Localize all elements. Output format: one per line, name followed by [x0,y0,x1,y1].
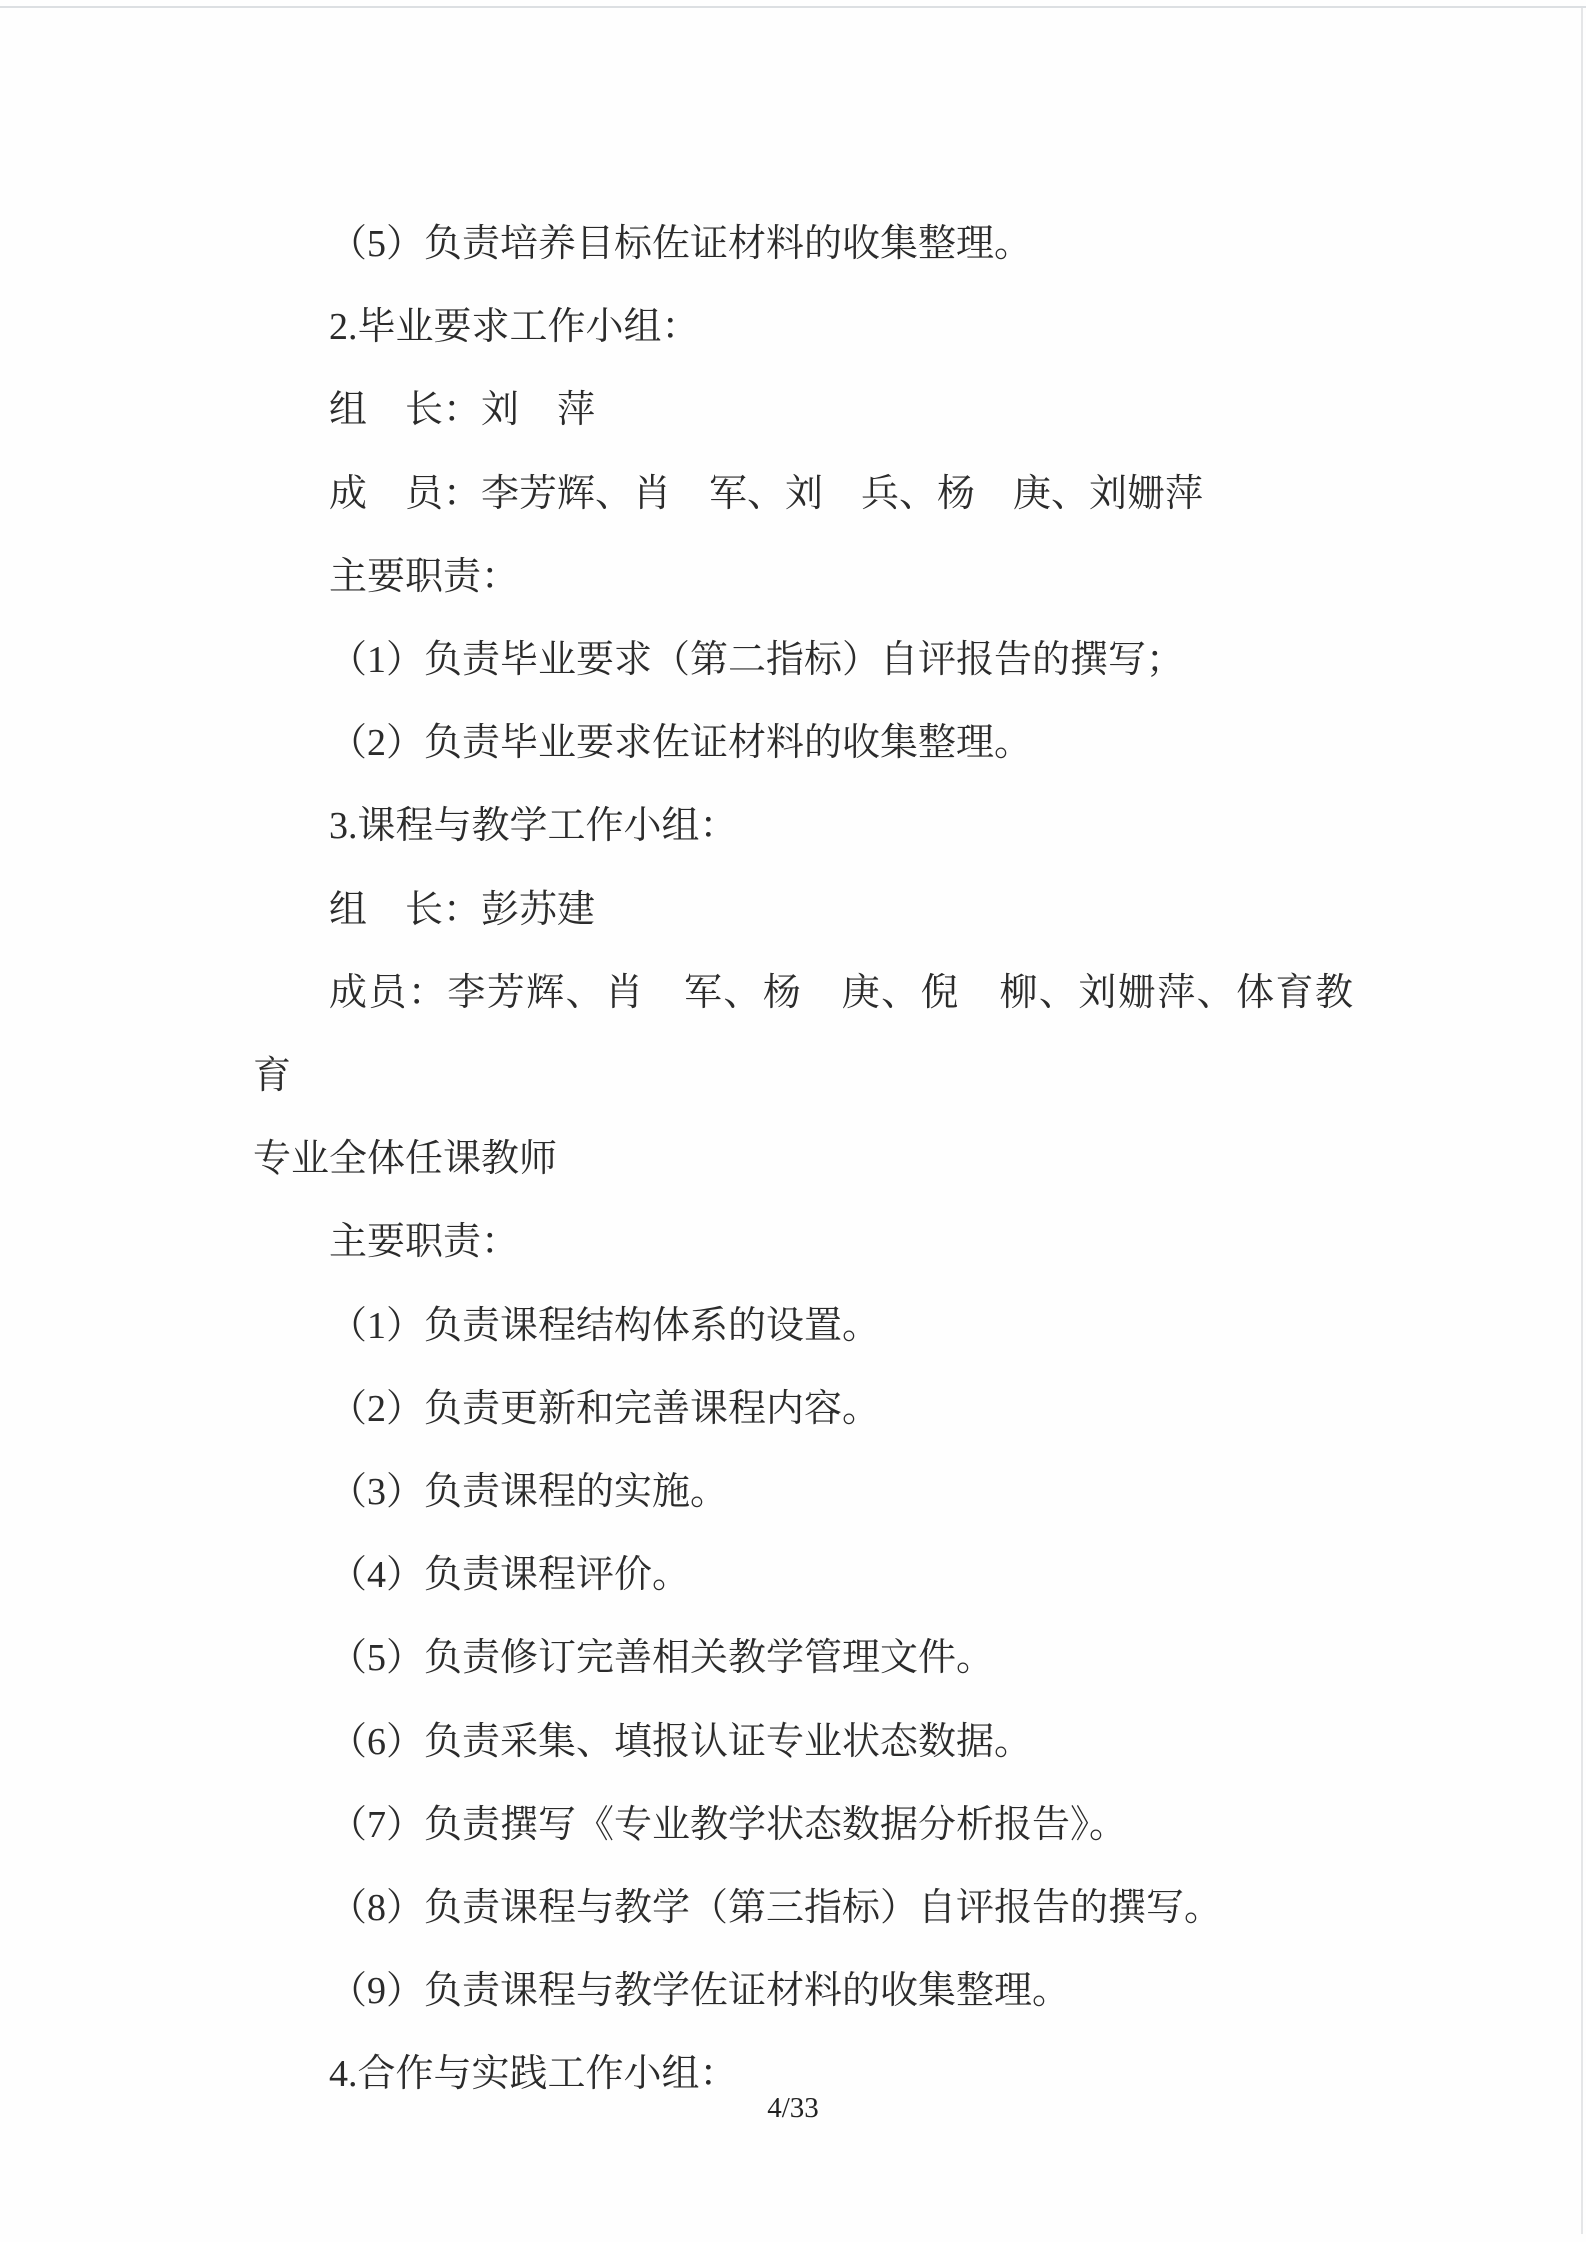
document-body: （5）负责培养目标佐证材料的收集整理。2.毕业要求工作小组：组 长：刘 萍成 员… [253,203,1353,2117]
paragraph-line: （1）负责毕业要求（第二指标）自评报告的撰写； [253,619,1353,702]
paragraph-line: 3.课程与教学工作小组： [253,785,1353,868]
paragraph-line: （1）负责课程结构体系的设置。 [253,1285,1353,1368]
paragraph-line: （8）负责课程与教学（第三指标）自评报告的撰写。 [253,1867,1353,1950]
document-page: （5）负责培养目标佐证材料的收集整理。2.毕业要求工作小组：组 长：刘 萍成 员… [0,0,1586,2242]
paragraph-line: （2）负责毕业要求佐证材料的收集整理。 [253,702,1353,785]
page-number: 4/33 [0,2088,1586,2128]
paragraph-line: 成员：李芳辉、肖 军、杨 庚、倪 柳、刘姗萍、体育教育 [253,952,1353,1118]
paragraph-line: 2.毕业要求工作小组： [253,286,1353,369]
paragraph-line: 组 长：彭苏建 [253,869,1353,952]
paragraph-line: 成 员：李芳辉、肖 军、刘 兵、杨 庚、刘姗萍 [253,453,1353,536]
paragraph-line: 主要职责： [253,1201,1353,1284]
paragraph-line: （3）负责课程的实施。 [253,1451,1353,1534]
paragraph-line: （5）负责培养目标佐证材料的收集整理。 [253,203,1353,286]
paragraph-line: （7）负责撰写《专业教学状态数据分析报告》。 [253,1784,1353,1867]
paragraph-line: （6）负责采集、填报认证专业状态数据。 [253,1701,1353,1784]
paragraph-line: 组 长：刘 萍 [253,369,1353,452]
paragraph-line: （5）负责修订完善相关教学管理文件。 [253,1617,1353,1700]
paragraph-line: （2）负责更新和完善课程内容。 [253,1368,1353,1451]
paragraph-line: 专业全体任课教师 [253,1118,1353,1201]
paragraph-line: （9）负责课程与教学佐证材料的收集整理。 [253,1950,1353,2033]
paragraph-line: 主要职责： [253,536,1353,619]
paragraph-line: （4）负责课程评价。 [253,1534,1353,1617]
scan-edge-line-right [1581,8,1583,2234]
scan-edge-line-top [0,6,1586,8]
